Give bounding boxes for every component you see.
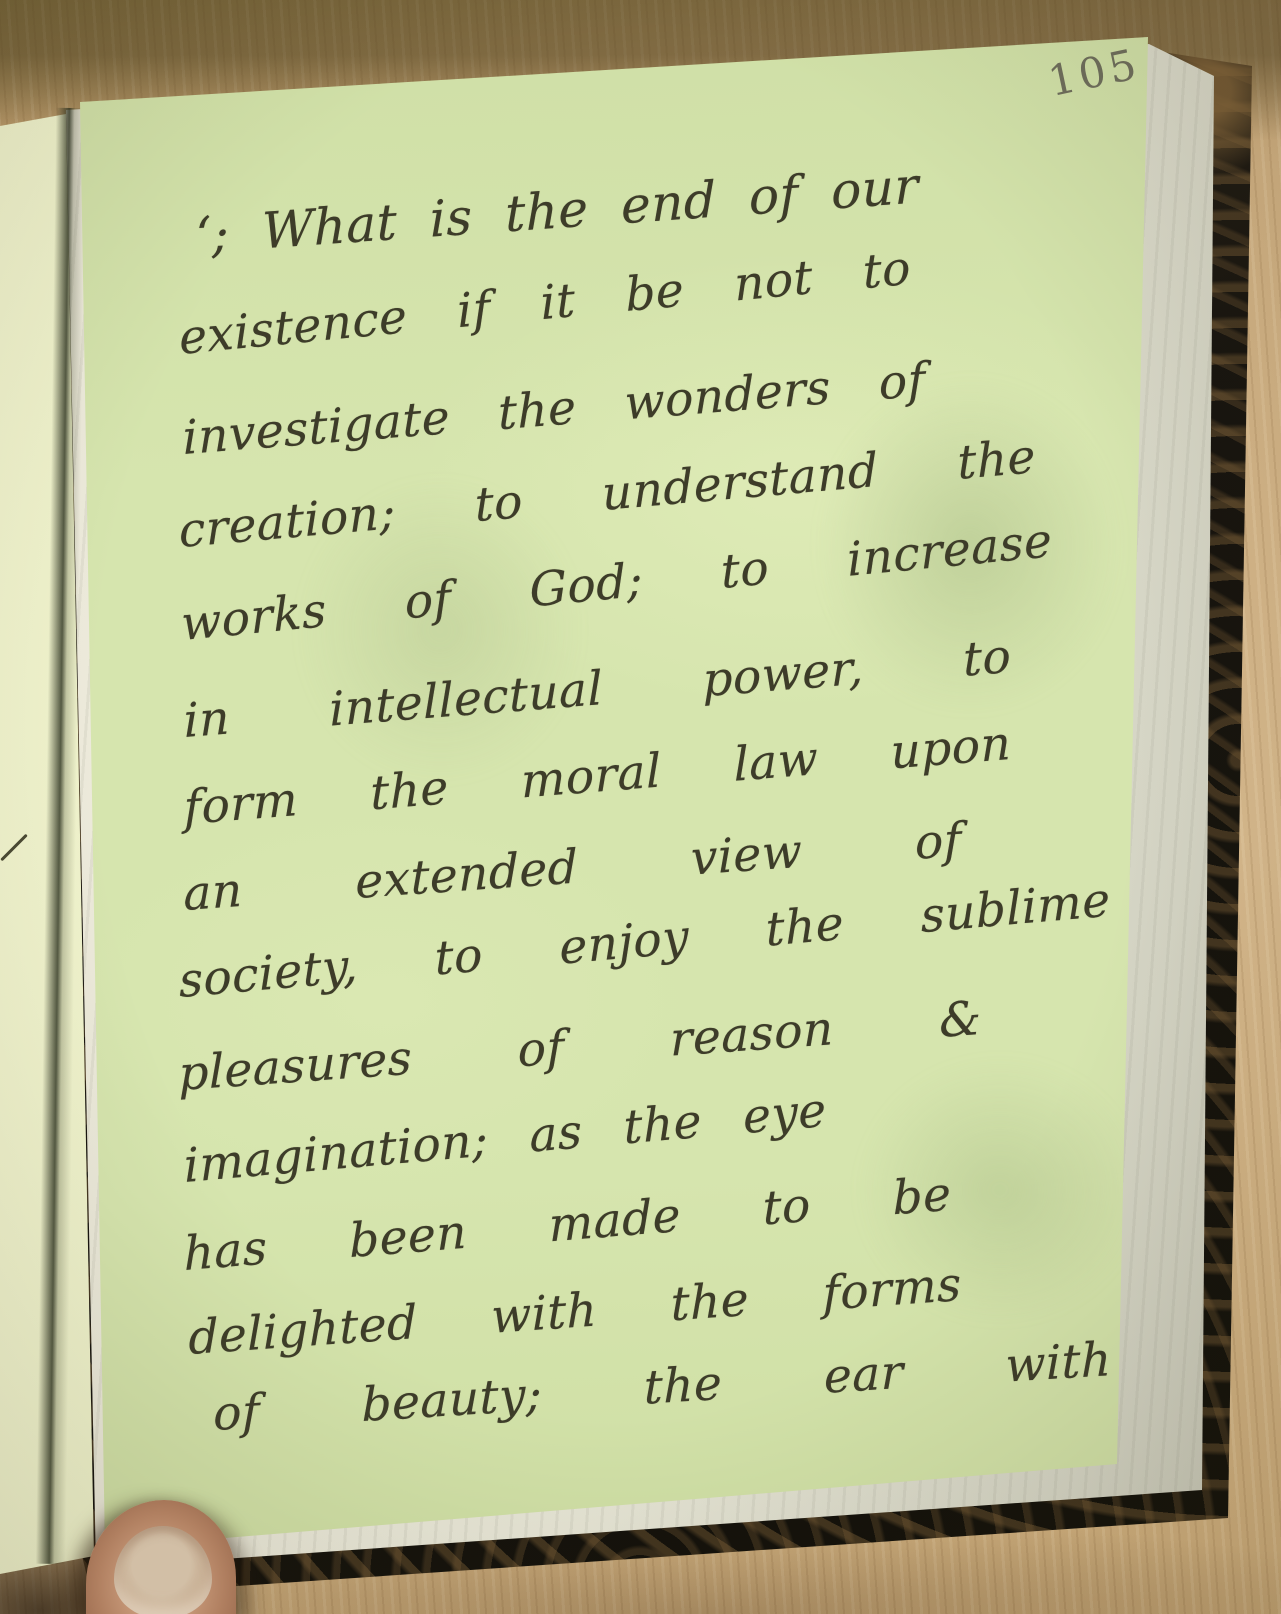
notebook-photo: 105 ‘; What is the end of our existence … xyxy=(0,0,1281,1614)
manuscript-page: 105 ‘; What is the end of our existence … xyxy=(0,0,1281,1614)
thumb-nail xyxy=(114,1526,212,1614)
stray-ink-mark xyxy=(0,834,28,862)
handwritten-line: imagination; as the eye xyxy=(183,1084,827,1194)
page-number: 105 xyxy=(1044,39,1144,106)
handwritten-line: pleasures of reason & xyxy=(178,992,982,1102)
handwritten-line: existence if it be not to xyxy=(178,242,912,367)
